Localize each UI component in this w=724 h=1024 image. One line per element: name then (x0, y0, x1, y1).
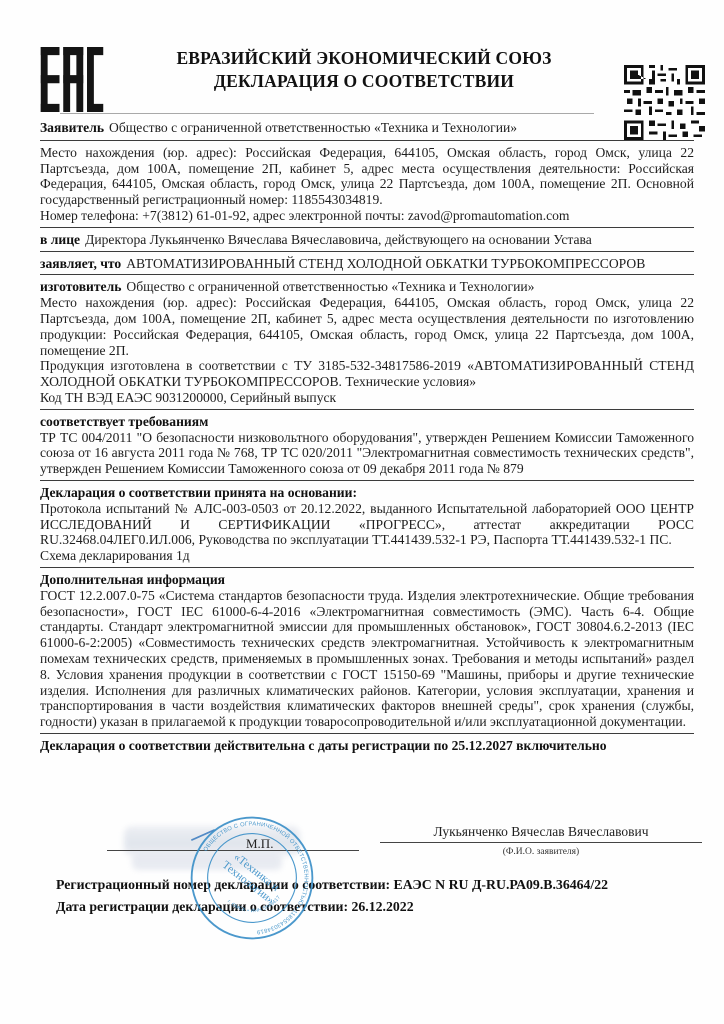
basis-section: Декларация о соответствии принята на осн… (40, 481, 694, 568)
tnved-code-line: Код ТН ВЭД ЕАЭС 9031200000, Серийный вып… (40, 390, 694, 406)
applicant-name: Общество с ограниченной ответственностью… (109, 120, 517, 135)
declaration-document: ЕВРАЗИЙСКИЙ ЭКОНОМИЧЕСКИЙ СОЮЗ ДЕКЛАРАЦИ… (0, 0, 724, 1024)
eac-logo-icon (40, 47, 104, 112)
extra-info-heading: Дополнительная информация (40, 572, 694, 588)
compliance-section: соответствует требованиям ТР ТС 004/2011… (40, 410, 694, 481)
extra-info-text: ГОСТ 12.2.007.0-75 «Система стандартов б… (40, 588, 694, 730)
manufacturer-address: Место нахождения (юр. адрес): Российская… (40, 295, 694, 358)
registration-block: Регистрационный номер декларации о соотв… (56, 874, 608, 917)
applicant-signature-block: Лукьянченко Вячеслав Вячеславович (Ф.И.О… (380, 824, 702, 861)
fio-caption: (Ф.И.О. заявителя) (380, 843, 702, 861)
extra-info-section: Дополнительная информация ГОСТ 12.2.007.… (40, 568, 694, 734)
compliance-heading: соответствует требованиям (40, 414, 694, 430)
declaration-object-section: заявляет, чтоАВТОМАТИЗИРОВАННЫЙ СТЕНД ХО… (40, 252, 694, 276)
applicant-fullname: Лукьянченко Вячеслав Вячеславович (380, 824, 702, 842)
doc-type-title: ДЕКЛАРАЦИЯ О СООТВЕТСТВИИ (104, 70, 624, 93)
basis-heading: Декларация о соответствии принята на осн… (40, 485, 694, 501)
applicant-address: Место нахождения (юр. адрес): Российская… (40, 145, 694, 208)
applicant-phone-email: Номер телефона: +7(3812) 61-01-92, адрес… (40, 208, 694, 224)
applicant-address-section: Место нахождения (юр. адрес): Российская… (40, 141, 694, 228)
company-round-stamp: ОБЩЕСТВО С ОГРАНИЧЕННОЙ ОТВЕТСТВЕННОСТЬЮ… (188, 814, 316, 942)
representative-section: в лицеДиректора Лукьянченко Вячеслава Вя… (40, 228, 694, 252)
applicant-label: Заявитель (40, 120, 104, 135)
signature-area: М.П. ОБЩЕСТВО С ОГРАНИЧЕННОЙ ОТВЕТСТВЕНН… (40, 812, 700, 1022)
representative-text: Директора Лукьянченко Вячеслава Вячеслав… (85, 232, 592, 247)
basis-text: Протокола испытаний № АЛС-003-0503 от 20… (40, 501, 694, 548)
manufacturer-label: изготовитель (40, 279, 121, 294)
document-title: ЕВРАЗИЙСКИЙ ЭКОНОМИЧЕСКИЙ СОЮЗ ДЕКЛАРАЦИ… (104, 47, 694, 93)
manufacturer-section: изготовительОбщество с ограниченной отве… (40, 275, 694, 409)
product-tu: Продукция изготовлена в соответствии с Т… (40, 358, 694, 390)
manufacturer-name: Общество с ограниченной ответственностью… (126, 279, 534, 294)
product-name: АВТОМАТИЗИРОВАННЫЙ СТЕНД ХОЛОДНОЙ ОБКАТК… (126, 256, 645, 271)
registration-number-line: Регистрационный номер декларации о соотв… (56, 874, 608, 896)
document-header: ЕВРАЗИЙСКИЙ ЭКОНОМИЧЕСКИЙ СОЮЗ ДЕКЛАРАЦИ… (40, 47, 694, 112)
compliance-text: ТР ТС 004/2011 "О безопасности низковоль… (40, 430, 694, 477)
scheme-line: Схема декларирования 1д (40, 548, 694, 564)
applicant-section: ЗаявительОбщество с ограниченной ответст… (40, 114, 694, 141)
registration-date-line: Дата регистрации декларации о соответств… (56, 896, 608, 918)
qr-code-icon (624, 65, 705, 140)
declares-label: заявляет, что (40, 256, 121, 271)
union-title: ЕВРАЗИЙСКИЙ ЭКОНОМИЧЕСКИЙ СОЮЗ (104, 47, 624, 70)
validity-section: Декларация о соответствии действительна … (40, 734, 694, 757)
representative-label: в лице (40, 232, 80, 247)
validity-line: Декларация о соответствии действительна … (40, 738, 694, 754)
